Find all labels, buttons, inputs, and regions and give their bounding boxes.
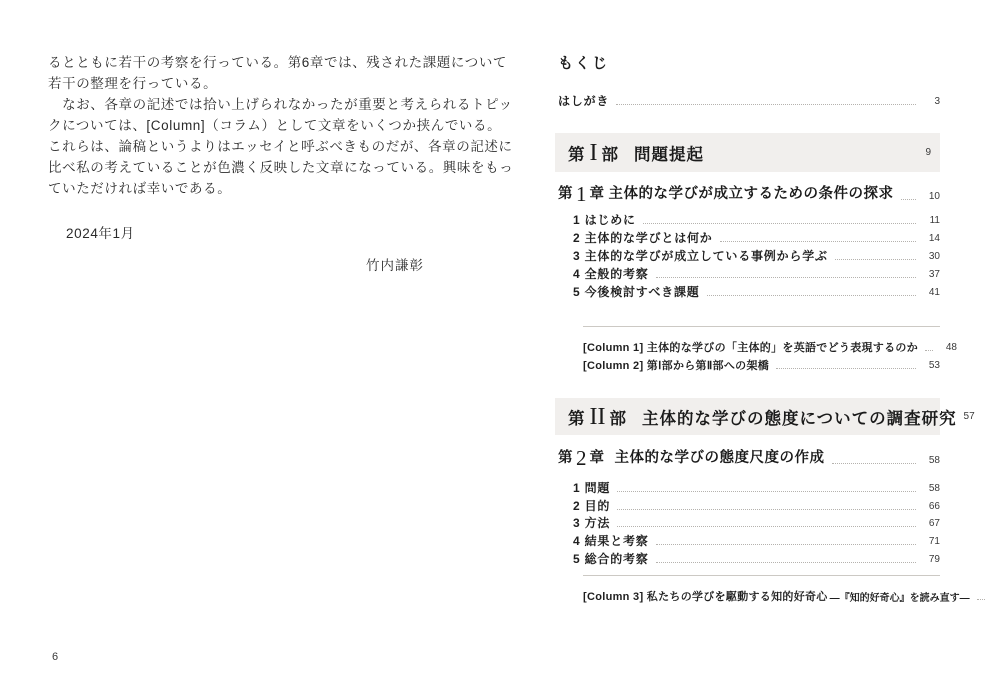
toc-entry-page: 48 — [939, 341, 957, 355]
chapter1-page: 10 — [922, 190, 940, 204]
chapter2-prefix: 第 — [558, 448, 573, 468]
part1-suffix: 部 — [602, 141, 620, 165]
table-of-contents: もくじ はしがき 3 第 I 部 問題提起 9 第 1 章 主体的な学びが成立す… — [555, 0, 940, 700]
dot-leader — [617, 491, 916, 492]
toc-entry-section: 1 問題 58 — [573, 479, 940, 496]
dot-leader — [925, 350, 933, 351]
chapter2-suffix: 章 — [590, 448, 605, 468]
toc-entry-label: 2 目的 — [573, 497, 610, 514]
part1-banner: 第 I 部 問題提起 9 — [555, 133, 940, 172]
toc-entry-label: 4 結果と考察 — [573, 532, 649, 549]
preface-page: るとともに若干の考察を行っている。第6章では、残された課題について 若干の整理を… — [48, 52, 478, 274]
chapter1-prefix: 第 — [558, 184, 573, 204]
dot-leader — [617, 509, 916, 510]
toc-entry-label: 5 今後検討すべき課題 — [573, 283, 700, 300]
toc-entry-column: [Column 1] 主体的な学びの「主体的」を英語でどう表現するのか 48 — [583, 339, 940, 355]
dot-leader — [707, 295, 916, 296]
toc-entry-section: 3 方法 67 — [573, 514, 940, 531]
toc-entry-page: 11 — [922, 214, 940, 228]
toc-entry-section: 2 主体的な学びとは何か 14 — [573, 229, 940, 246]
dot-leader — [901, 199, 917, 200]
toc-entry-section: 5 総合的考察 79 — [573, 550, 940, 567]
toc-entry-column: [Column 3] 私たちの学びを駆動する知的好奇心 ―『知的好奇心』を読み直… — [583, 588, 940, 604]
toc-entry-page: 66 — [922, 500, 940, 514]
toc-entry-label: [Column 3] 私たちの学びを駆動する知的好奇心 — [583, 588, 828, 604]
toc-entry-label: 1 問題 — [573, 479, 610, 496]
toc-entry-label: はしがき — [558, 92, 609, 109]
dot-leader — [720, 241, 916, 242]
dot-leader — [832, 463, 917, 464]
part2-banner: 第 II 部 主体的な学びの態度についての調査研究 57 — [555, 398, 940, 435]
toc-title: もくじ — [558, 52, 609, 73]
toc-entry-page: 30 — [922, 250, 940, 264]
toc-entry-page: 41 — [922, 286, 940, 300]
part2-page: 57 — [957, 410, 975, 424]
part1-numeral: I — [586, 141, 602, 165]
toc-entry-column: [Column 2] 第Ⅰ部から第Ⅱ部への架橋 53 — [583, 357, 940, 373]
toc-entry-page: 53 — [922, 359, 940, 373]
dot-leader — [776, 368, 916, 369]
preface-text-line: るとともに若干の考察を行っている。第6章では、残された課題について — [48, 52, 478, 73]
chapter1-heading: 第 1 章 主体的な学びが成立するための条件の探求 10 — [558, 184, 940, 204]
preface-text-line: これらは、論稿というよりはエッセイと呼ぶべきものだが、各章の記述に — [48, 136, 478, 157]
chapter2-title: 主体的な学びの態度尺度の作成 — [615, 448, 825, 468]
part2-numeral: II — [586, 405, 610, 429]
part2-prefix: 第 — [568, 405, 586, 429]
toc-entry-page: 14 — [922, 232, 940, 246]
toc-entry-label: 1 はじめに — [573, 211, 636, 228]
chapter2-numeral: 2 — [573, 448, 590, 468]
toc-entry-page: 79 — [922, 553, 940, 567]
toc-entry-section: 3 主体的な学びが成立している事例から学ぶ 30 — [573, 247, 940, 264]
toc-entry-foreword: はしがき 3 — [558, 92, 940, 109]
chapter2-page: 58 — [922, 454, 940, 468]
toc-entry-label: 3 主体的な学びが成立している事例から学ぶ — [573, 247, 828, 264]
chapter1-numeral: 1 — [573, 184, 590, 204]
dot-leader — [617, 526, 916, 527]
preface-text-line: ていただければ幸いである。 — [48, 178, 478, 199]
toc-entry-page: 71 — [922, 535, 940, 549]
dot-leader — [835, 259, 916, 260]
section-divider — [583, 326, 940, 327]
part1-prefix: 第 — [568, 141, 586, 165]
chapter1-suffix: 章 — [590, 184, 605, 204]
toc-entry-section: 5 今後検討すべき課題 41 — [573, 283, 940, 300]
toc-entry-label: [Column 2] 第Ⅰ部から第Ⅱ部への架橋 — [583, 357, 769, 373]
toc-entry-label: 2 主体的な学びとは何か — [573, 229, 713, 246]
preface-text-line: なお、各章の記述では拾い上げられなかったが重要と考えられるトピッ — [48, 94, 478, 115]
dot-leader — [656, 544, 916, 545]
chapter1-title: 主体的な学びが成立するための条件の探求 — [609, 184, 894, 204]
section-divider — [583, 575, 940, 576]
toc-entry-label: [Column 1] 主体的な学びの「主体的」を英語でどう表現するのか — [583, 339, 918, 355]
dot-leader — [656, 277, 916, 278]
toc-entry-label: 4 全般的考察 — [573, 265, 649, 282]
preface-text-line: 比べ私の考えていることが色濃く反映した文章になっている。興味をもっ — [48, 157, 478, 178]
toc-entry-page: 58 — [922, 482, 940, 496]
part1-title: 問題提起 — [634, 141, 704, 165]
toc-entry-section: 1 はじめに 11 — [573, 211, 940, 228]
toc-entry-page: 67 — [922, 517, 940, 531]
preface-date: 2024年1月 — [48, 222, 478, 242]
toc-entry-section: 4 結果と考察 71 — [573, 532, 940, 549]
toc-entry-section: 4 全般的考察 37 — [573, 265, 940, 282]
toc-entry-label: 3 方法 — [573, 514, 610, 531]
dot-leader — [977, 599, 985, 600]
toc-entry-page: 3 — [922, 95, 940, 109]
toc-entry-sublabel: ―『知的好奇心』を読み直す― — [830, 589, 970, 604]
dot-leader — [616, 104, 916, 105]
toc-entry-label: 5 総合的考察 — [573, 550, 649, 567]
dot-leader — [643, 223, 916, 224]
page-number-left: 6 — [52, 651, 58, 663]
author-name: 竹内謙彰 — [48, 254, 478, 274]
part1-page: 9 — [913, 146, 931, 160]
toc-entry-section: 2 目的 66 — [573, 497, 940, 514]
chapter2-heading: 第 2 章 主体的な学びの態度尺度の作成 58 — [558, 448, 940, 468]
part2-suffix: 部 — [609, 405, 627, 429]
preface-text-line: クについては、[Column]（コラム）として文章をいくつか挟んでいる。 — [48, 115, 478, 136]
dot-leader — [656, 562, 916, 563]
part2-title: 主体的な学びの態度についての調査研究 — [642, 405, 957, 429]
preface-text-line: 若干の整理を行っている。 — [48, 73, 478, 94]
toc-entry-page: 37 — [922, 268, 940, 282]
